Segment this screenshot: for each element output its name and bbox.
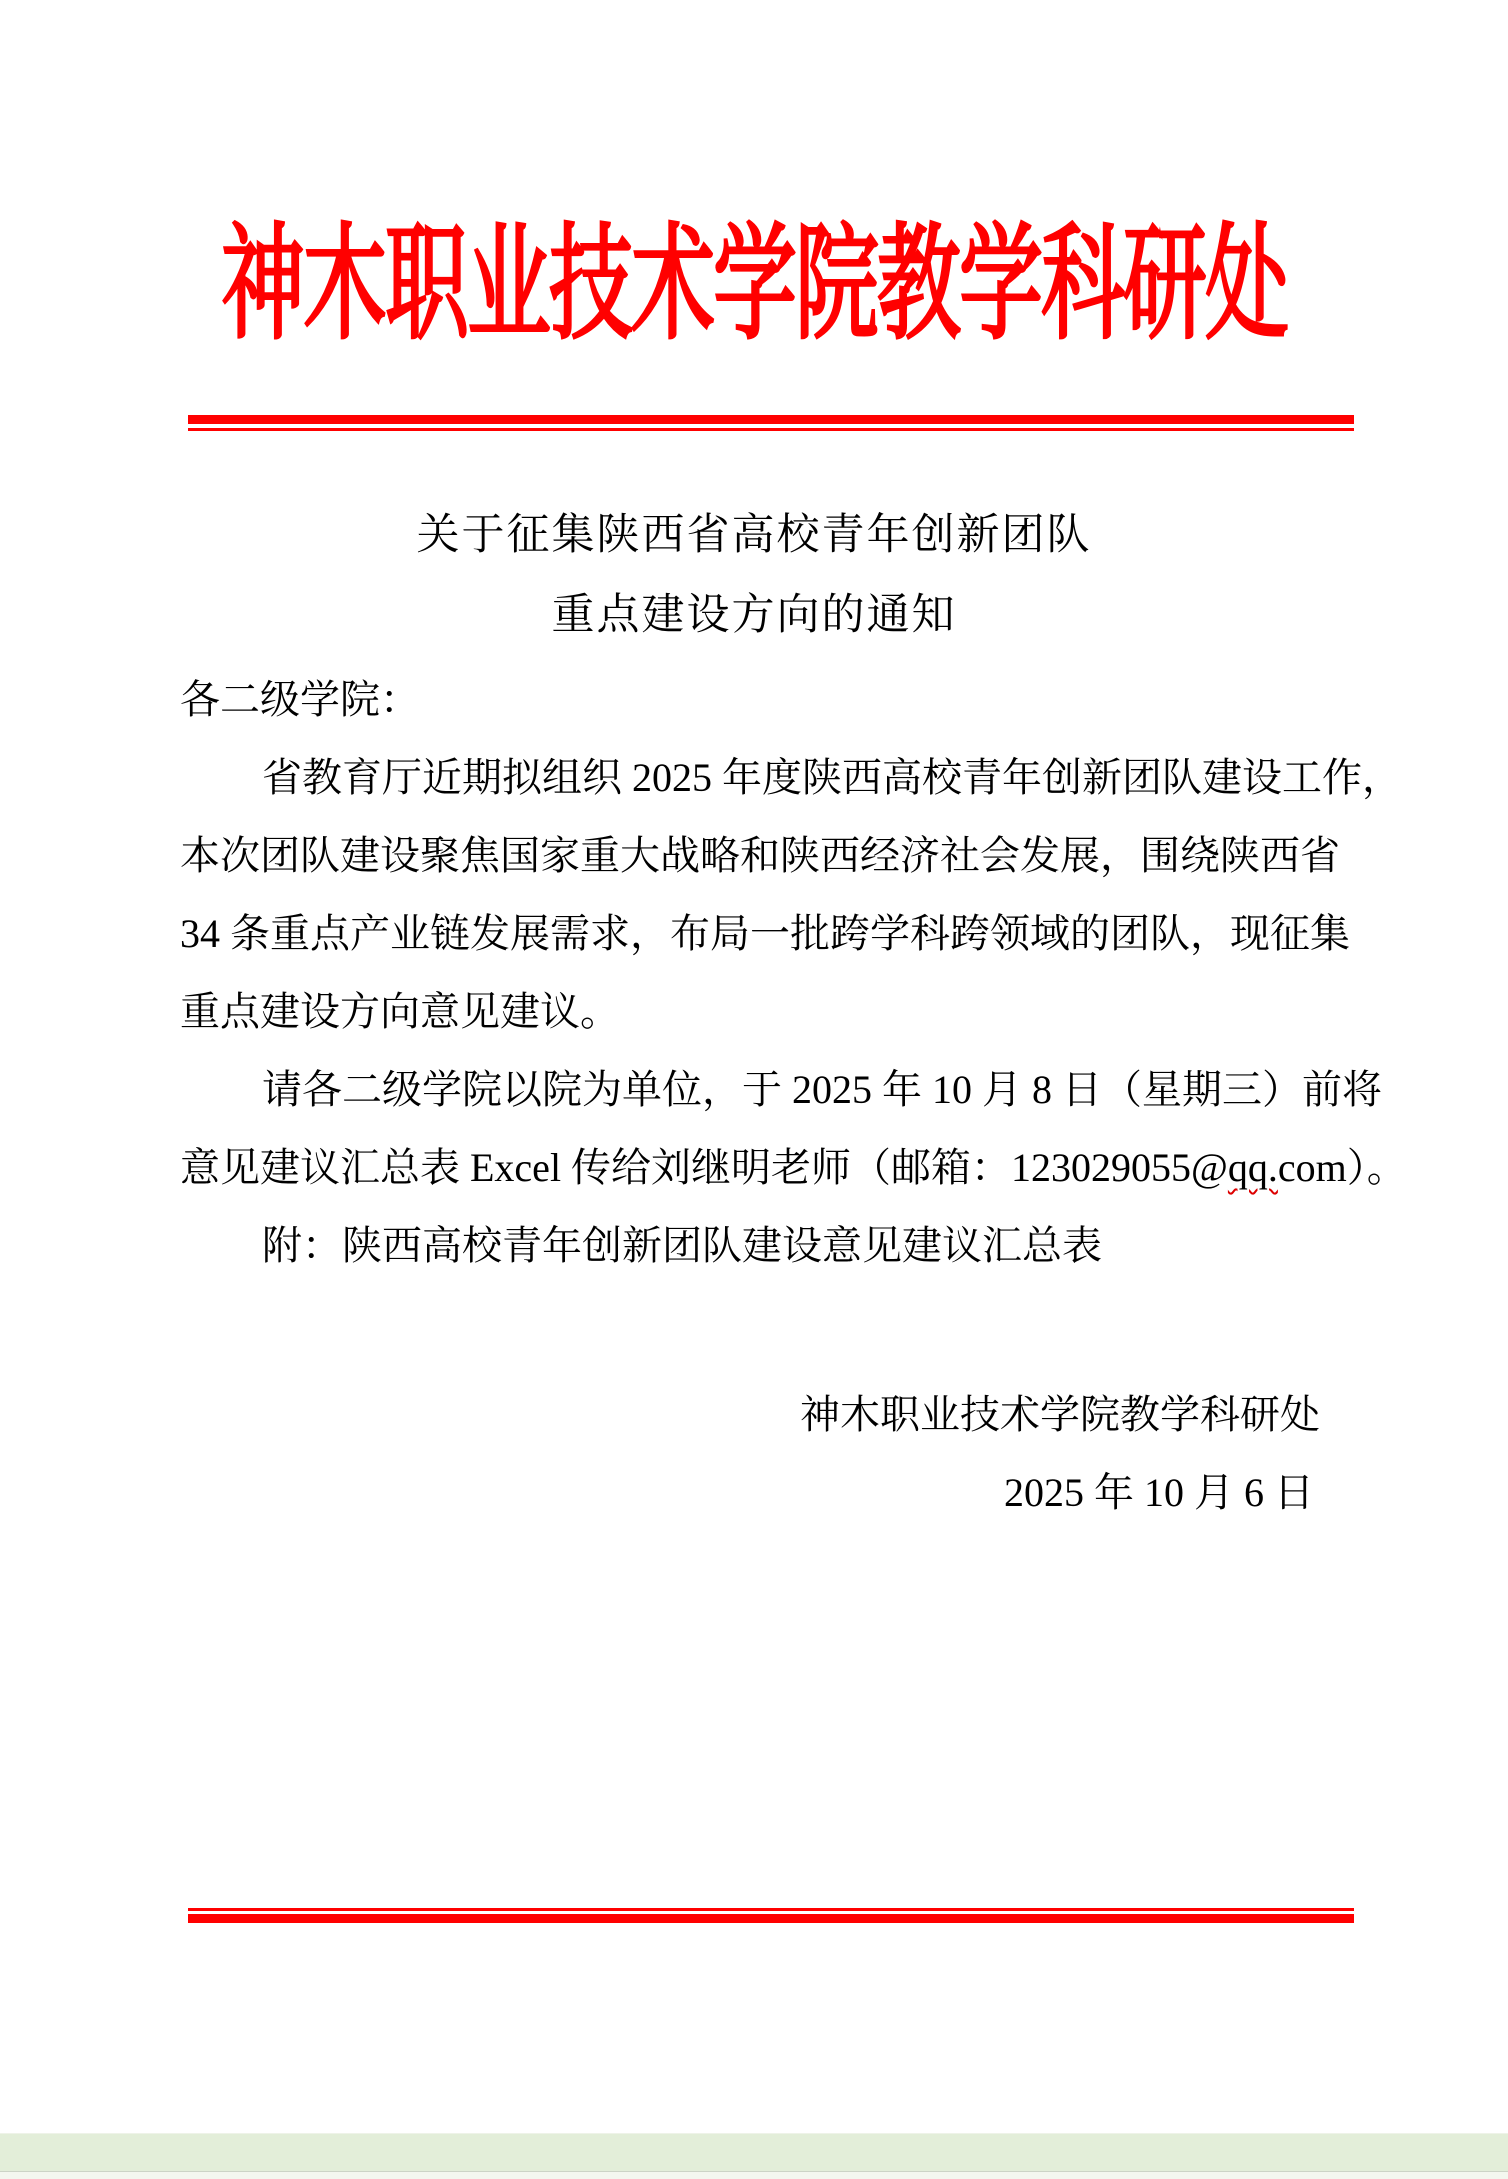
email-line-prefix: 意见建议汇总表 Excel 传给刘继明老师（邮箱：123029055@ — [180, 1145, 1228, 1190]
document-title: 关于征集陕西省高校青年创新团队 重点建设方向的通知 — [0, 496, 1508, 656]
email-domain-spellcheck-flag: qq. — [1228, 1145, 1278, 1190]
footer-divider-thick-line — [188, 1914, 1354, 1923]
paragraph1-line1: 省教育厅近期拟组织 2025 年度陕西高校青年创新团队建设工作， — [180, 739, 1336, 817]
notice-body: 各二级学院： 省教育厅近期拟组织 2025 年度陕西高校青年创新团队建设工作， … — [180, 661, 1336, 1285]
email-line-suffix: com）。 — [1278, 1145, 1407, 1190]
notice-document-page: 神木职业技术学院教学科研处 关于征集陕西省高校青年创新团队 重点建设方向的通知 … — [0, 0, 1508, 2179]
signature-block: 神木职业技术学院教学科研处 2025 年 10 月 6 日 — [180, 1376, 1328, 1532]
attachment-note: 附：陕西高校青年创新团队建设意见建议汇总表 — [180, 1207, 1336, 1285]
divider-thin-line — [188, 428, 1354, 431]
letterhead: 神木职业技术学院教学科研处 — [0, 224, 1508, 308]
divider-thick-line — [188, 415, 1354, 424]
document-title-line-1: 关于征集陕西省高校青年创新团队 — [0, 496, 1508, 576]
signature-date: 2025 年 10 月 6 日 — [180, 1454, 1328, 1532]
letterhead-divider — [188, 415, 1354, 431]
footer-divider — [188, 1908, 1354, 1923]
document-title-line-2: 重点建设方向的通知 — [0, 576, 1508, 656]
letterhead-office-title: 神木职业技术学院教学科研处 — [221, 224, 1287, 350]
page-bottom-green-band-edge — [0, 2171, 1508, 2179]
paragraph1-line4: 重点建设方向意见建议。 — [180, 973, 1336, 1051]
salutation: 各二级学院： — [180, 661, 1336, 739]
page-bottom-green-band — [0, 2133, 1508, 2172]
paragraph2-line1: 请各二级学院以院为单位，于 2025 年 10 月 8 日（星期三）前将 — [180, 1051, 1336, 1129]
paragraph1-line3: 34 条重点产业链发展需求，布局一批跨学科跨领域的团队，现征集 — [180, 895, 1336, 973]
paragraph1-line2: 本次团队建设聚焦国家重大战略和陕西经济社会发展，围绕陕西省 — [180, 817, 1336, 895]
signature-office: 神木职业技术学院教学科研处 — [180, 1376, 1328, 1454]
paragraph2-line2: 意见建议汇总表 Excel 传给刘继明老师（邮箱：123029055@qq.co… — [180, 1129, 1336, 1207]
